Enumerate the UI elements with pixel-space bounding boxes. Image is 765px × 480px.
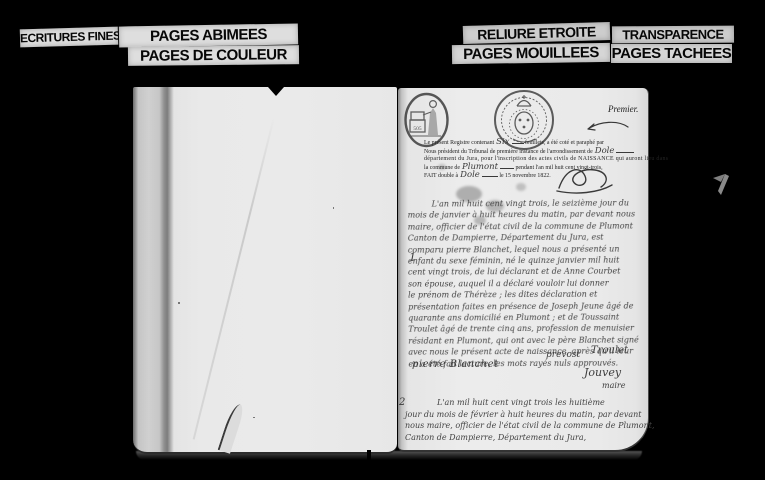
handwritten-fill: Six xyxy=(494,137,511,147)
register-right-page: 505 Premier. Le présent Registre co xyxy=(398,88,649,452)
act-line: L'an mil huit cent vingt trois les huiti… xyxy=(405,397,643,409)
arrow-artifact-icon xyxy=(713,173,733,197)
banner-pages-abimees: PAGES ABIMEES xyxy=(119,23,298,47)
printed-line: Nous président du Tribunal de première i… xyxy=(424,148,648,157)
page-top-notch xyxy=(268,87,284,96)
form-rule xyxy=(512,139,524,144)
banner-ecritures-fines: ECRITURES FINES xyxy=(20,27,118,48)
handwritten-fill: Dole xyxy=(593,146,617,156)
printed-text: le 15 novembre 1822. xyxy=(499,173,550,179)
page-marker-ribbon xyxy=(218,402,246,454)
folio-heading: Premier. xyxy=(608,104,638,114)
banner-pages-tachees: PAGES TACHEES xyxy=(611,44,732,63)
act-line: Canton de Dampierre, Département du Jura… xyxy=(405,432,643,444)
stain-spot xyxy=(253,417,255,418)
stain-spot xyxy=(333,207,334,209)
microfilm-scan: ECRITURES FINES PAGES ABIMEES PAGES DE C… xyxy=(0,0,765,480)
page-gap-mark xyxy=(367,450,371,469)
printed-text: Nous président du Tribunal de première i… xyxy=(424,149,593,155)
act-line: jour du mois de février à huit heures du… xyxy=(405,409,643,421)
left-page-blank xyxy=(133,87,397,454)
stain-spot xyxy=(178,302,180,304)
signature-witness: prevost xyxy=(546,350,580,360)
president-signature-flourish xyxy=(556,164,614,194)
act-line: cent vingt trois, de lui déclarant et de… xyxy=(408,266,646,279)
pen-flourish xyxy=(586,119,630,133)
handwritten-fill: Dole xyxy=(458,170,482,180)
signature-mayor-title: maire xyxy=(602,381,625,390)
signature-witness: Troulet xyxy=(591,345,628,356)
banner-pages-de-couleur: PAGES DE COULEUR xyxy=(128,45,299,66)
act-line: maire, officier de l'état civil de la co… xyxy=(408,220,646,233)
printed-line: département du Jura, pour l'inscription … xyxy=(424,156,648,164)
page-crease xyxy=(193,117,275,440)
banner-transparence: TRANSPARENCE xyxy=(612,26,734,44)
printed-header: Le présent Registre contenantSix feuille… xyxy=(424,139,648,181)
birth-act-1: L'an mil huit cent vingt trois, le seizi… xyxy=(408,197,647,369)
form-rule xyxy=(482,172,498,177)
printed-text: FAIT double à xyxy=(424,173,458,179)
stain-spot xyxy=(516,183,526,191)
printed-text: Le présent Registre contenant xyxy=(424,140,494,146)
stamp-number: 505 xyxy=(413,126,422,132)
act-line: mois de janvier à huit heures du matin, … xyxy=(408,209,646,222)
form-rule xyxy=(616,148,634,153)
signature-declarant: pierre Blanchet xyxy=(412,359,499,370)
act-line: nous maire, officier de l'état civil de … xyxy=(405,420,643,432)
signature-mayor: Jouvey xyxy=(584,366,621,379)
birth-act-2: L'an mil huit cent vingt trois les huiti… xyxy=(405,397,643,443)
form-rule xyxy=(500,164,514,169)
banner-pages-mouillees: PAGES MOUILLEES xyxy=(452,43,610,64)
printed-line: FAIT double àDole le 15 novembre 1822. xyxy=(424,172,648,181)
banner-reliure-etroite: RELIURE ETROITE xyxy=(463,22,610,44)
stain-spot xyxy=(438,164,446,170)
